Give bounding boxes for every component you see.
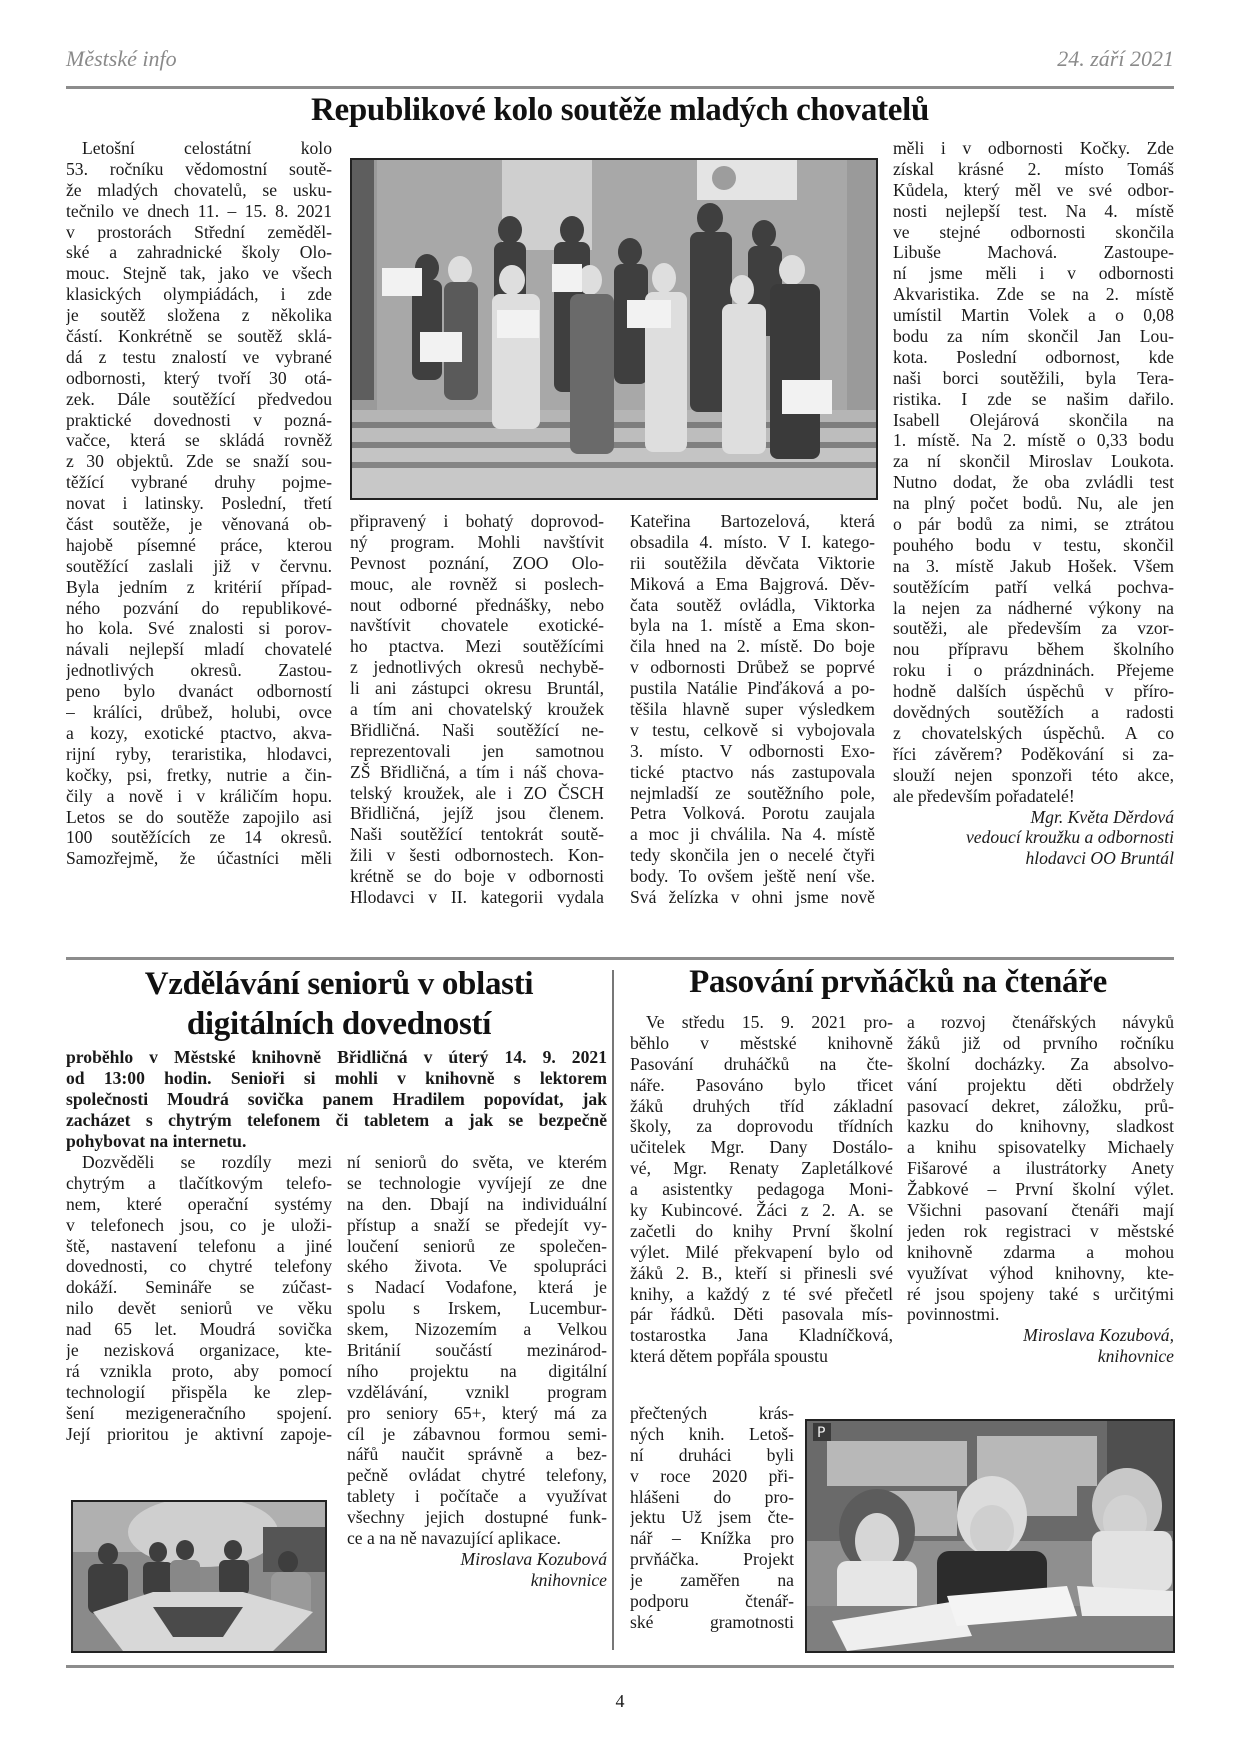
text-line: využívat výhod knihovny, kte- bbox=[907, 1263, 1174, 1284]
text-line: přístup a snaží se předejít vy- bbox=[347, 1215, 607, 1236]
text-line: obsadila 4. místo. V I. katego- bbox=[630, 532, 875, 553]
text-line: ní jsme měli i v odbornosti bbox=[893, 263, 1174, 284]
text-line: je zaměřen na bbox=[630, 1570, 794, 1591]
text-line: skem, Nizozemím a Velkou bbox=[347, 1319, 607, 1340]
text-line: byla na 1. místě a Ema skon- bbox=[630, 615, 875, 636]
article-column: připravený i bohatý doprovod-ný program.… bbox=[350, 511, 604, 908]
text-line: klasických olympiádách, i zde bbox=[66, 284, 332, 305]
text-line: ky Kubincové. Žáci z 2. A. se bbox=[630, 1200, 893, 1221]
article-lead: proběhlo v Městské knihovně Břidličná v … bbox=[66, 1047, 607, 1151]
library-children-photo: P bbox=[805, 1419, 1175, 1653]
text-line: žili v šesti odbornostech. Kon- bbox=[350, 845, 604, 866]
text-line: školy, za doprovodu třídních bbox=[630, 1116, 893, 1137]
text-line: čila hned na 2. místě. Do boje bbox=[630, 636, 875, 657]
article-column: a rozvoj čtenářských návykůžáků již od p… bbox=[907, 1012, 1174, 1367]
author-signature: hlodavci OO Bruntál bbox=[893, 848, 1174, 869]
text-line: body. To ovšem ještě není vše. bbox=[630, 866, 875, 887]
author-signature: Mgr. Květa Děrdová bbox=[893, 807, 1174, 828]
text-line: podporu čtenář- bbox=[630, 1591, 794, 1612]
text-line: peno bylo dvanáct odborností bbox=[66, 681, 332, 702]
text-line: bodu za ním skončil Jan Lou- bbox=[893, 326, 1174, 347]
text-line: dovědných soutěžích a radosti bbox=[893, 702, 1174, 723]
text-line: ale především pořadatelé! bbox=[893, 786, 1174, 807]
text-line: a knihu spisovatelky Michaely bbox=[907, 1137, 1174, 1158]
text-line: pouhého bodu v testu, skončil bbox=[893, 535, 1174, 556]
text-line: rá vznikla proto, aby pomocí bbox=[66, 1361, 332, 1382]
text-line: ný program. Mohli navštívit bbox=[350, 532, 604, 553]
author-signature: knihovnice bbox=[347, 1570, 607, 1591]
text-line: vání projektu děti obdržely bbox=[907, 1075, 1174, 1096]
text-line: Británií součástí mezinárod- bbox=[347, 1340, 607, 1361]
text-line: kočky, psi, fretky, nutrie a čin- bbox=[66, 765, 332, 786]
text-line: Fišarové a ilustrátorky Anety bbox=[907, 1158, 1174, 1179]
text-line: povinnostmi. bbox=[907, 1304, 1174, 1325]
text-line: a asistentky pedagoga Moni- bbox=[630, 1179, 893, 1200]
text-line: telský kroužek, ale i ZO ČSCH bbox=[350, 783, 604, 804]
text-line: 1. místě. Na 2. místě o 0,33 bodu bbox=[893, 430, 1174, 451]
text-line: 100 soutěžících ze 14 okresů. bbox=[66, 827, 332, 848]
text-line: z jednotlivých okresů nechybě- bbox=[350, 657, 604, 678]
text-line: umístil Martin Volek a o 0,08 bbox=[893, 305, 1174, 326]
text-line: z 30 objektů. Zde se snaží sou- bbox=[66, 451, 332, 472]
author-signature: vedoucí kroužku a odbornosti bbox=[893, 827, 1174, 848]
text-line: Nutno dodat, že oba zvládli test bbox=[893, 472, 1174, 493]
text-line: šení mezigeneračního spojení. bbox=[66, 1403, 332, 1424]
text-line: rii soutěžila děvčata Viktorie bbox=[630, 553, 875, 574]
text-line: nad 65 let. Moudrá sovička bbox=[66, 1319, 332, 1340]
text-line: Kateřina Bartozelová, která bbox=[630, 511, 875, 532]
text-line: společnosti Moudrá sovička panem Hradile… bbox=[66, 1089, 607, 1110]
text-line: která dětem popřála spoustu bbox=[630, 1346, 893, 1367]
text-line: Ve středu 15. 9. 2021 pro- bbox=[630, 1012, 893, 1033]
text-line: la nejen za nádherné výkony na bbox=[893, 598, 1174, 619]
article-column: přečtených krás-ných knih. Letoš-ní druh… bbox=[630, 1403, 794, 1633]
text-line: Pasování druháčků na čte- bbox=[630, 1054, 893, 1075]
text-line: 53. ročníku vědomostní soutě- bbox=[66, 159, 332, 180]
text-line: je soutěž složena z několika bbox=[66, 305, 332, 326]
article-title-line: digitálních dovedností bbox=[66, 1004, 612, 1044]
text-line: Kůdela, který měl ve své odbor- bbox=[893, 180, 1174, 201]
text-line: v telefonech jsou, co je uloži- bbox=[66, 1215, 332, 1236]
text-line: kota. Poslední odbornost, kde bbox=[893, 347, 1174, 368]
text-line: přečtených krás- bbox=[630, 1403, 794, 1424]
text-line: pustila Natálie Pinďáková a po- bbox=[630, 678, 875, 699]
text-line: v odbornosti Drůbež se poprvé bbox=[630, 657, 875, 678]
text-line: – králíci, drůbež, holubi, ovce bbox=[66, 702, 332, 723]
text-line: nář – Knížka pro bbox=[630, 1528, 794, 1549]
text-line: cíl je zábavnou formou semi- bbox=[347, 1424, 607, 1445]
text-line: ské gramotnosti bbox=[630, 1612, 794, 1633]
publication-name: Městské info bbox=[66, 46, 177, 72]
text-line: začetli do knihy První školní bbox=[630, 1221, 893, 1242]
article-title: Pasování prvňáčků na čtenáře bbox=[622, 964, 1174, 1001]
text-line: dá z testu znalostí ve vybrané bbox=[66, 347, 332, 368]
text-line: hodně dalších úspěchů v příro- bbox=[893, 681, 1174, 702]
footer-divider bbox=[66, 1665, 1174, 1668]
text-line: v roce 2020 při- bbox=[630, 1466, 794, 1487]
text-line: prvňáčka. Projekt bbox=[630, 1549, 794, 1570]
text-line: krétně se do boje v odbornosti bbox=[350, 866, 604, 887]
text-line: Svá želízka v ohni jsme nově bbox=[630, 887, 875, 908]
text-line: li ani zástupci okresu Bruntál, bbox=[350, 678, 604, 699]
text-line: ště, nastavení telefonu a jiné bbox=[66, 1236, 332, 1257]
text-line: ZŠ Břidličná, a tím i náš chova- bbox=[350, 762, 604, 783]
article-column: Kateřina Bartozelová, kteráobsadila 4. m… bbox=[630, 511, 875, 908]
text-line: za ní skončil Miroslav Loukota. bbox=[893, 451, 1174, 472]
text-line: nosti nejlepší test. Na 4. místě bbox=[893, 201, 1174, 222]
text-line: loučení seniorů ze společen- bbox=[347, 1236, 607, 1257]
text-line: Libuše Machová. Zastoupe- bbox=[893, 242, 1174, 263]
text-line: dokáží. Semináře se zúčast- bbox=[66, 1277, 332, 1298]
text-line: na 3. místě Jakub Hošek. Všem bbox=[893, 556, 1174, 577]
text-line: z chovatelských úspěchů. A co bbox=[893, 723, 1174, 744]
text-line: Naši soutěžící tentokrát soutě- bbox=[350, 824, 604, 845]
text-line: tické ptactvo nás zastupovala bbox=[630, 762, 875, 783]
text-line: pár řádků. Děti pasovala mís- bbox=[630, 1304, 893, 1325]
text-line: ného pozvání do republikové- bbox=[66, 598, 332, 619]
seniors-photo bbox=[71, 1500, 327, 1653]
text-line: chytrým a tlačítkovým telefo- bbox=[66, 1173, 332, 1194]
text-line: technologií přispěla ke zlep- bbox=[66, 1382, 332, 1403]
text-line: tedy skončila jen o necelé čtyři bbox=[630, 845, 875, 866]
text-line: je nezisková organizace, kte- bbox=[66, 1340, 332, 1361]
text-line: běhlo v městské knihovně bbox=[630, 1033, 893, 1054]
text-line: nem, které operační systémy bbox=[66, 1194, 332, 1215]
text-line: na plný počet bodů. Nu, ale jen bbox=[893, 493, 1174, 514]
text-line: se technologie vyvíjejí ze dne bbox=[347, 1173, 607, 1194]
text-line: žáků již od prvního ročníku bbox=[907, 1033, 1174, 1054]
seniors-photo-image bbox=[73, 1502, 325, 1651]
text-line: Její prioritou je aktivní zapoje- bbox=[66, 1424, 332, 1445]
text-line: ní seniorů do světa, ve kterém bbox=[347, 1152, 607, 1173]
text-line: čily a nově i v králičím hopu. bbox=[66, 786, 332, 807]
text-line: Hlodavci v II. kategorii vydala bbox=[350, 887, 604, 908]
text-line: nejmladší ze soutěžního pole, bbox=[630, 783, 875, 804]
library-children-photo-image: P bbox=[807, 1421, 1173, 1651]
article-column: Dozvěděli se rozdíly mezichytrým a tlačí… bbox=[66, 1152, 332, 1444]
text-line: hajobě písemné práce, kterou bbox=[66, 535, 332, 556]
article-column: měli i v odbornosti Kočky. Zdezískal krá… bbox=[893, 138, 1174, 869]
text-line: knihy, a každý z té své přečetl bbox=[630, 1284, 893, 1305]
section-divider bbox=[66, 957, 1174, 960]
text-line: částí. Konkrétně se soutěž sklá- bbox=[66, 326, 332, 347]
text-line: mouc. Stejně tak, jako ve všech bbox=[66, 263, 332, 284]
text-line: ristika. I zde se našim dařilo. bbox=[893, 389, 1174, 410]
text-line: pro seniory 65+, který má za bbox=[347, 1403, 607, 1424]
article-column: Ve středu 15. 9. 2021 pro-běhlo v městsk… bbox=[630, 1012, 893, 1367]
text-line: pečně ovládat chytré telefony, bbox=[347, 1465, 607, 1486]
text-line: v prostorách Střední zeměděl- bbox=[66, 222, 332, 243]
text-line: ho kola. Své znalosti si porov- bbox=[66, 618, 332, 639]
text-line: Břidličná. Naši soutěžící ne- bbox=[350, 720, 604, 741]
text-line: měli i v odbornosti Kočky. Zde bbox=[893, 138, 1174, 159]
text-line: roku i o prázdninách. Přejeme bbox=[893, 660, 1174, 681]
text-line: ní druháci byli bbox=[630, 1445, 794, 1466]
text-line: Žabkové – První školní výlet. bbox=[907, 1179, 1174, 1200]
author-signature: knihovnice bbox=[907, 1346, 1174, 1367]
text-line: tečnilo ve dnech 11. – 15. 8. 2021 bbox=[66, 201, 332, 222]
text-line: nilo devět seniorů ve věku bbox=[66, 1298, 332, 1319]
text-line: náře. Pasováno bylo třicet bbox=[630, 1075, 893, 1096]
text-line: jeden rok registraci v městské bbox=[907, 1221, 1174, 1242]
text-line: zek. Dále soutěžící předvedou bbox=[66, 389, 332, 410]
text-line: návali nejlepší mladí chovatelé bbox=[66, 639, 332, 660]
text-line: na den. Dbají na individuální bbox=[347, 1194, 607, 1215]
text-line: soutěži, ale především za vzor- bbox=[893, 618, 1174, 639]
text-line: Byla jedním z kritérií případ- bbox=[66, 577, 332, 598]
text-line: školní docházky. Za absolvo- bbox=[907, 1054, 1174, 1075]
text-line: žáků 2. B., kteří si přinesli své bbox=[630, 1263, 893, 1284]
text-line: nářů naučit správně a bez- bbox=[347, 1444, 607, 1465]
text-line: dovednosti, co chytré telefony bbox=[66, 1256, 332, 1277]
text-line: Akvaristika. Zde se na 2. místě bbox=[893, 284, 1174, 305]
text-line: tablety i počítače a využívat bbox=[347, 1486, 607, 1507]
text-line: hlášeni do pro- bbox=[630, 1487, 794, 1508]
text-line: spolu s Irskem, Lucembur- bbox=[347, 1298, 607, 1319]
text-line: rijní ryby, teraristika, hlodavci, bbox=[66, 744, 332, 765]
text-line: praktické dovednosti v pozná- bbox=[66, 410, 332, 431]
text-line: nou přípravu během školního bbox=[893, 639, 1174, 660]
column-divider bbox=[612, 970, 614, 1650]
text-line: ce a na ně navazující aplikace. bbox=[347, 1528, 607, 1549]
text-line: Břidličná, jejíž jsou členem. bbox=[350, 803, 604, 824]
text-line: a kozy, exotické ptactvo, akva- bbox=[66, 723, 332, 744]
text-line: soutěžící zaslali již v červnu. bbox=[66, 556, 332, 577]
issue-date: 24. září 2021 bbox=[1057, 46, 1174, 72]
text-line: pasovací dekret, záložku, prů- bbox=[907, 1096, 1174, 1117]
text-line: Dozvěděli se rozdíly mezi bbox=[66, 1152, 332, 1173]
text-line: s Nadací Vodafone, která je bbox=[347, 1277, 607, 1298]
group-photo bbox=[350, 158, 878, 500]
text-line: že mladých chovatelů, se usku- bbox=[66, 180, 332, 201]
text-line: tostarostka Jana Kladníčková, bbox=[630, 1325, 893, 1346]
text-line: vé, Mgr. Renaty Zapletálkové bbox=[630, 1158, 893, 1179]
article-title: Republikové kolo soutěže mladých chovate… bbox=[66, 92, 1174, 129]
text-line: odbornosti, který tvoří 30 otá- bbox=[66, 368, 332, 389]
article-title: Vzdělávání seniorů v oblasti digitálních… bbox=[66, 964, 612, 1044]
text-line: část soutěže, je věnovaná ob- bbox=[66, 514, 332, 535]
text-line: vzdělávání, vznikl program bbox=[347, 1382, 607, 1403]
text-line: a moc ji chválila. Na 4. místě bbox=[630, 824, 875, 845]
text-line: zacházet s chytrým telefonem či tabletem… bbox=[66, 1110, 607, 1131]
text-line: Letošní celostátní kolo bbox=[66, 138, 332, 159]
author-signature: Miroslava Kozubová, bbox=[907, 1325, 1174, 1346]
text-line: novat i latinsky. Poslední, třetí bbox=[66, 493, 332, 514]
text-line: ního projektu na digitální bbox=[347, 1361, 607, 1382]
text-line: a tím ani chovatelský kroužek bbox=[350, 699, 604, 720]
page-number: 4 bbox=[0, 1691, 1240, 1712]
text-line: Samozřejmě, že účastníci měli bbox=[66, 848, 332, 869]
text-line: vačce, která se skládá rovněž bbox=[66, 430, 332, 451]
svg-text:P: P bbox=[817, 1425, 825, 1441]
text-line: ho ptactva. Mezi soutěžícími bbox=[350, 636, 604, 657]
text-line: ské a zahradnické školy Olo- bbox=[66, 242, 332, 263]
text-line: v testu, celkově si vybojovala bbox=[630, 720, 875, 741]
text-line: ré jsou spojeny také s určitými bbox=[907, 1284, 1174, 1305]
text-line: připravený i bohatý doprovod- bbox=[350, 511, 604, 532]
text-line: a rozvoj čtenářských návyků bbox=[907, 1012, 1174, 1033]
text-line: všechny jejich dostupné funk- bbox=[347, 1507, 607, 1528]
text-line: mouc, ale rovněž si poslech- bbox=[350, 574, 604, 595]
text-line: Pevnost poznání, ZOO Olo- bbox=[350, 553, 604, 574]
text-line: proběhlo v Městské knihovně Břidličná v … bbox=[66, 1047, 607, 1068]
text-line: o pár bodů za nimi, se ztrátou bbox=[893, 514, 1174, 535]
text-line: výlet. Milé překvapení bylo od bbox=[630, 1242, 893, 1263]
article-title-line: Vzdělávání seniorů v oblasti bbox=[66, 964, 612, 1004]
text-line: Miková a Ema Bajgrová. Děv- bbox=[630, 574, 875, 595]
text-line: nout odborné přednášky, nebo bbox=[350, 595, 604, 616]
text-line: ského života. Ve spolupráci bbox=[347, 1256, 607, 1277]
text-line: od 13:00 hodin. Senioři si mohli v kniho… bbox=[66, 1068, 607, 1089]
text-line: soutěžícím patří velká pochva- bbox=[893, 577, 1174, 598]
text-line: Letos se do soutěže zapojilo asi bbox=[66, 807, 332, 828]
text-line: Petra Volková. Porotu zaujala bbox=[630, 803, 875, 824]
text-line: slouží nejen sponzoři této akce, bbox=[893, 765, 1174, 786]
article-column: ní seniorů do světa, ve kterémse technol… bbox=[347, 1152, 607, 1591]
text-line: navštívit chovatele exotické- bbox=[350, 615, 604, 636]
text-line: Isabell Olejárová skončila na bbox=[893, 410, 1174, 431]
text-line: ných knih. Letoš- bbox=[630, 1424, 794, 1445]
text-line: získal krásné 2. místo Tomáš bbox=[893, 159, 1174, 180]
text-line: jektu Už jsem čte- bbox=[630, 1507, 794, 1528]
author-signature: Miroslava Kozubová bbox=[347, 1549, 607, 1570]
text-line: ve stejné odbornosti skončila bbox=[893, 222, 1174, 243]
text-line: říci závěrem? Poděkování si za- bbox=[893, 744, 1174, 765]
text-line: učitelek Mgr. Dany Dostálo- bbox=[630, 1137, 893, 1158]
text-line: knihovně zdarma a mohou bbox=[907, 1242, 1174, 1263]
text-line: čata soutěž ovládla, Viktorka bbox=[630, 595, 875, 616]
text-line: naši borci soutěžili, byla Tera- bbox=[893, 368, 1174, 389]
article-column: Letošní celostátní kolo53. ročníku vědom… bbox=[66, 138, 332, 869]
text-line: reprezentovali jen samotnou bbox=[350, 741, 604, 762]
text-line: pohybovat na internetu. bbox=[66, 1131, 607, 1152]
text-line: Všichni pasovaní čtenáři mají bbox=[907, 1200, 1174, 1221]
text-line: 3. místo. V odbornosti Exo- bbox=[630, 741, 875, 762]
text-line: těšila hlavně super výsledkem bbox=[630, 699, 875, 720]
text-line: těžící vybrané druhy pojme- bbox=[66, 472, 332, 493]
header-divider bbox=[66, 86, 1174, 89]
text-line: žáků druhých tříd základní bbox=[630, 1096, 893, 1117]
text-line: jednotlivých okresů. Zastou- bbox=[66, 660, 332, 681]
text-line: kazku do knihovny, sladkost bbox=[907, 1116, 1174, 1137]
group-photo-image bbox=[352, 160, 876, 498]
